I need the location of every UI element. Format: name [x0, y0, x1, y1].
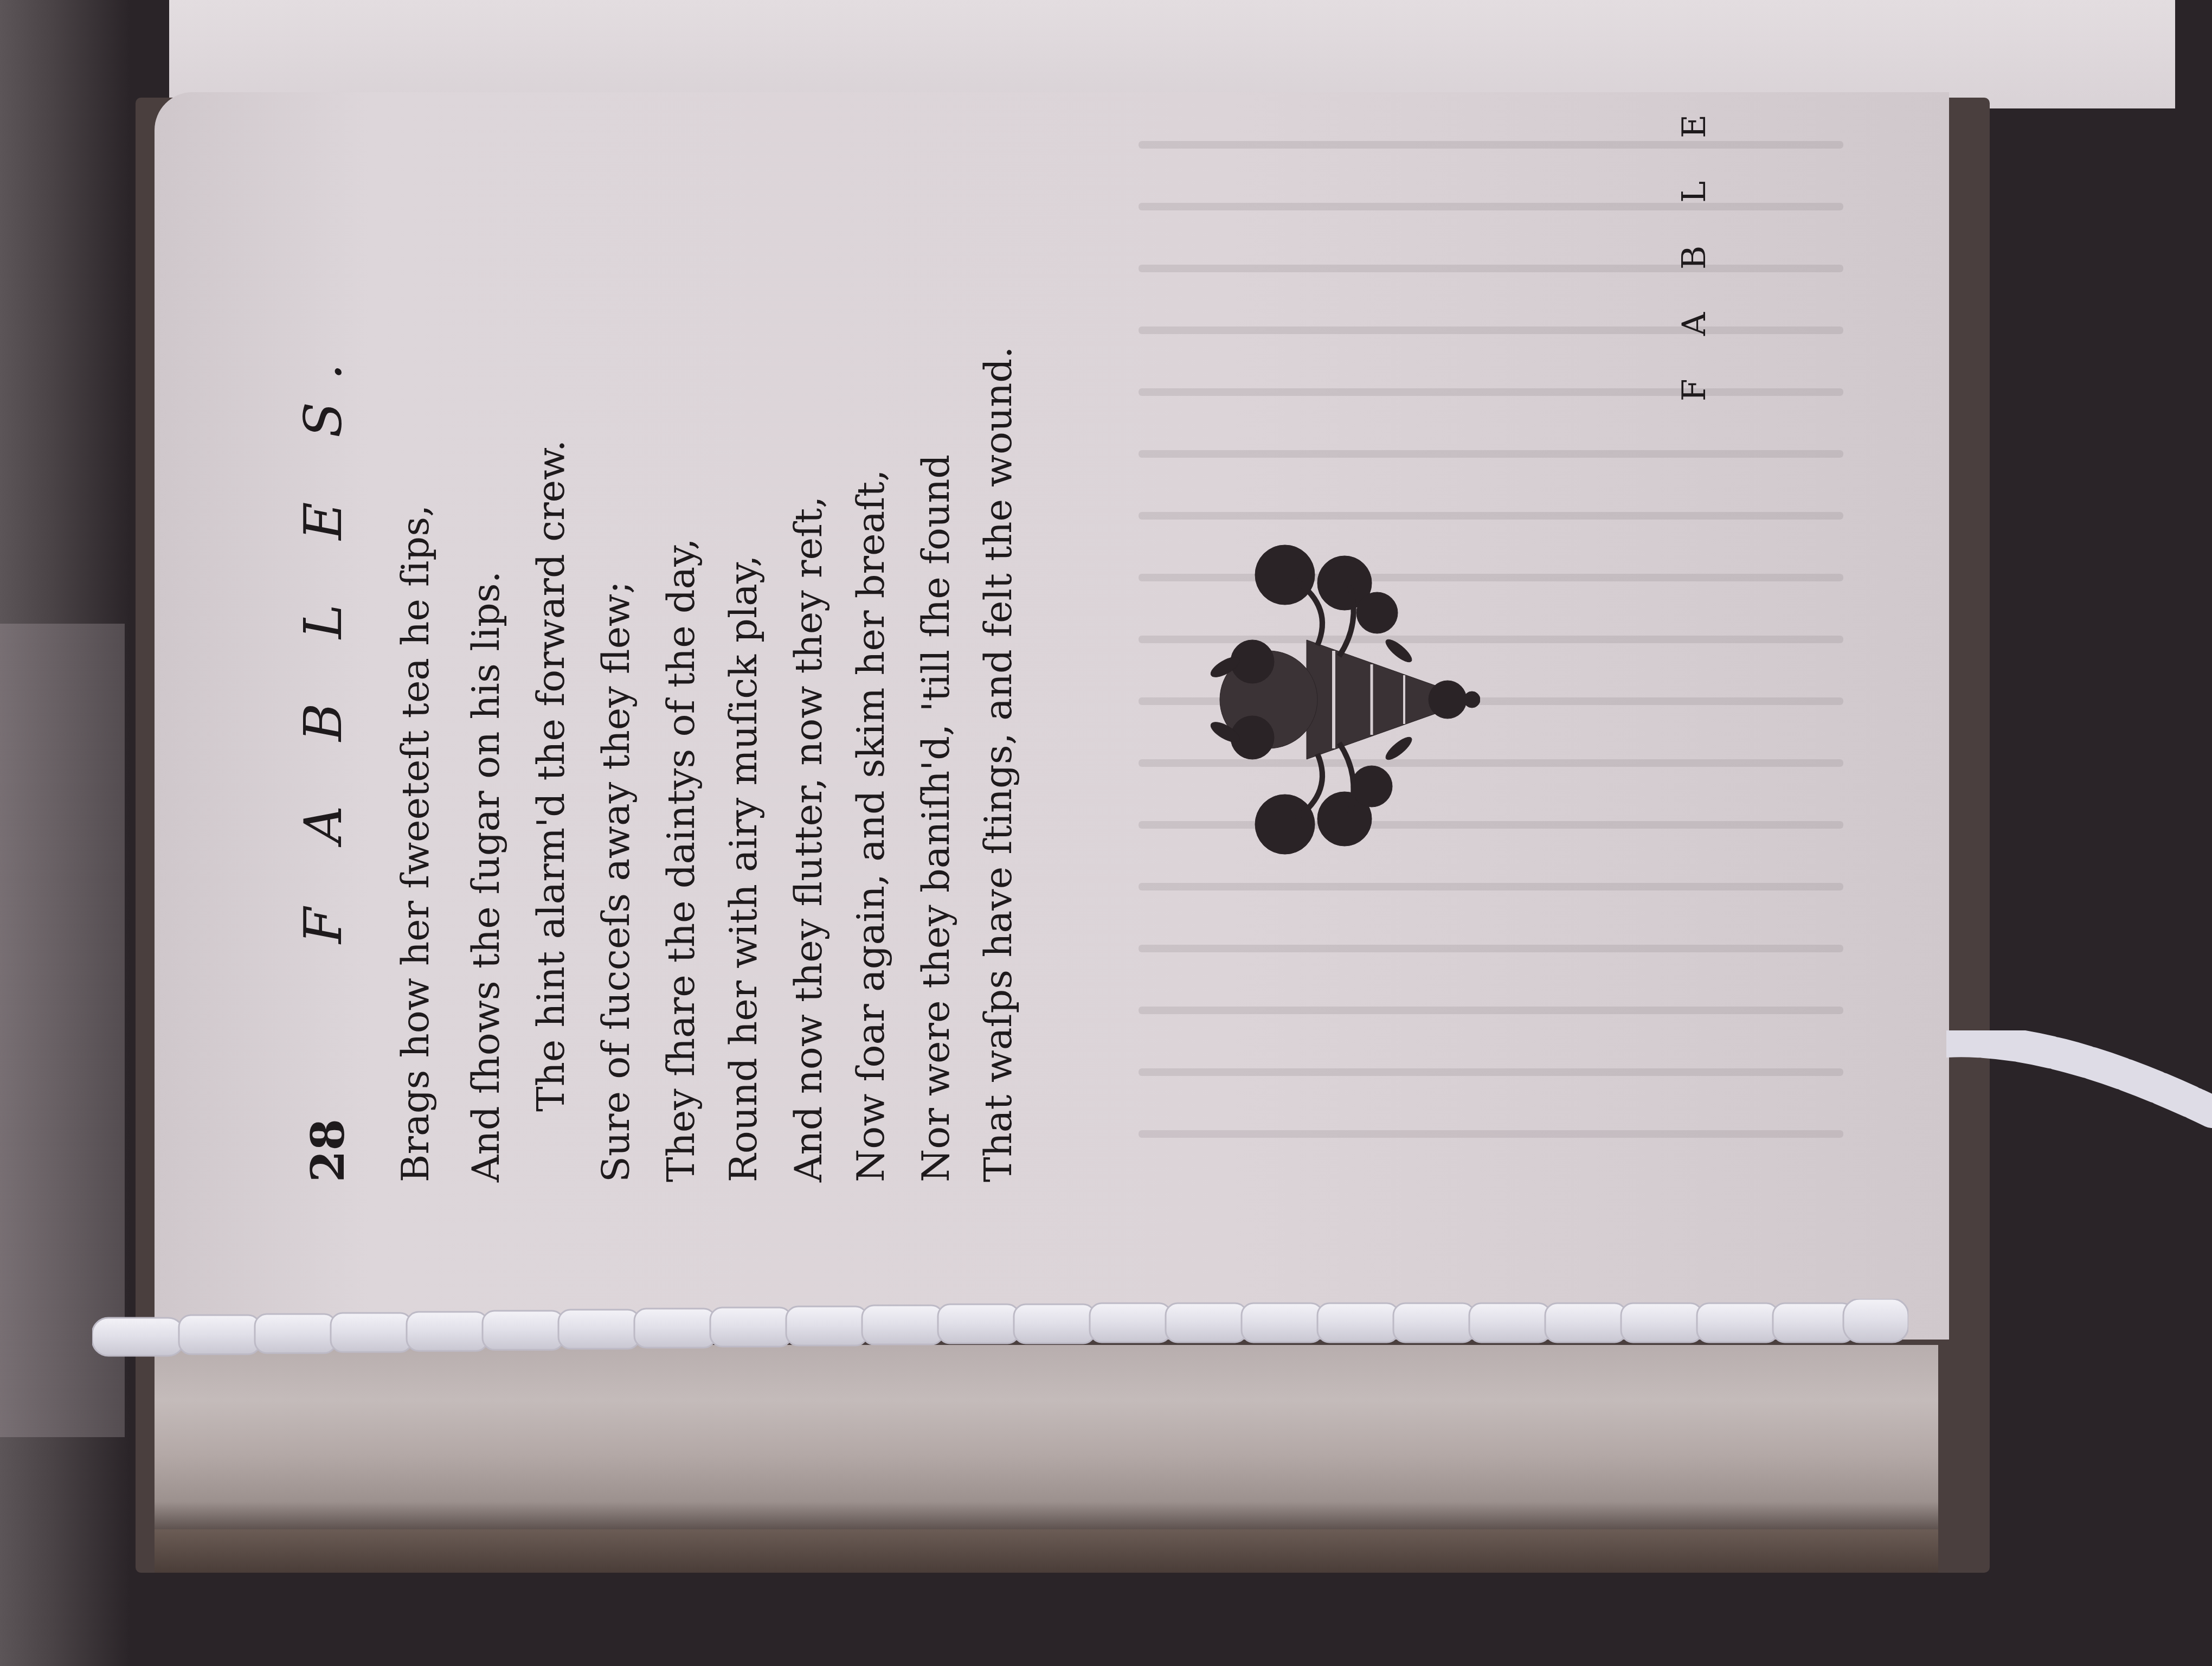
verse-line: Now ſoar again, and skim her breaſt, [848, 470, 893, 1182]
running-head: F A B L E S. [293, 339, 353, 944]
snake-weight-tail[interactable] [1946, 1030, 2212, 1133]
catchword: F A B L E [1675, 98, 1713, 401]
verse-line: They ſhare the daintys of the day, [659, 538, 703, 1182]
verse-line: Sure of ſucceſs away they flew; [594, 581, 638, 1182]
flower-basket-ornament-icon [1209, 531, 1480, 868]
verse-line: Nor were they baniſh'd, 'till ſhe found [914, 454, 958, 1182]
page-number: 28 [301, 1119, 355, 1182]
verse-line: That waſps have ſtings, and felt the wou… [976, 347, 1020, 1182]
verse-line: Round her with airy muſick play, [721, 555, 766, 1182]
verse-line: The hint alarm'd the forward crew. [529, 440, 573, 1112]
book-fore-edge [155, 1345, 1938, 1529]
book-snake-weight[interactable] [92, 1299, 1908, 1359]
verse-line: And ſhows the ſugar on his lips. [464, 571, 508, 1182]
verse-line: Brags how her ſweeteſt tea he ſips, [393, 505, 438, 1182]
book-cover-edge [155, 1529, 1938, 1573]
verse-line: And now they flutter, now they reſt, [786, 496, 831, 1182]
